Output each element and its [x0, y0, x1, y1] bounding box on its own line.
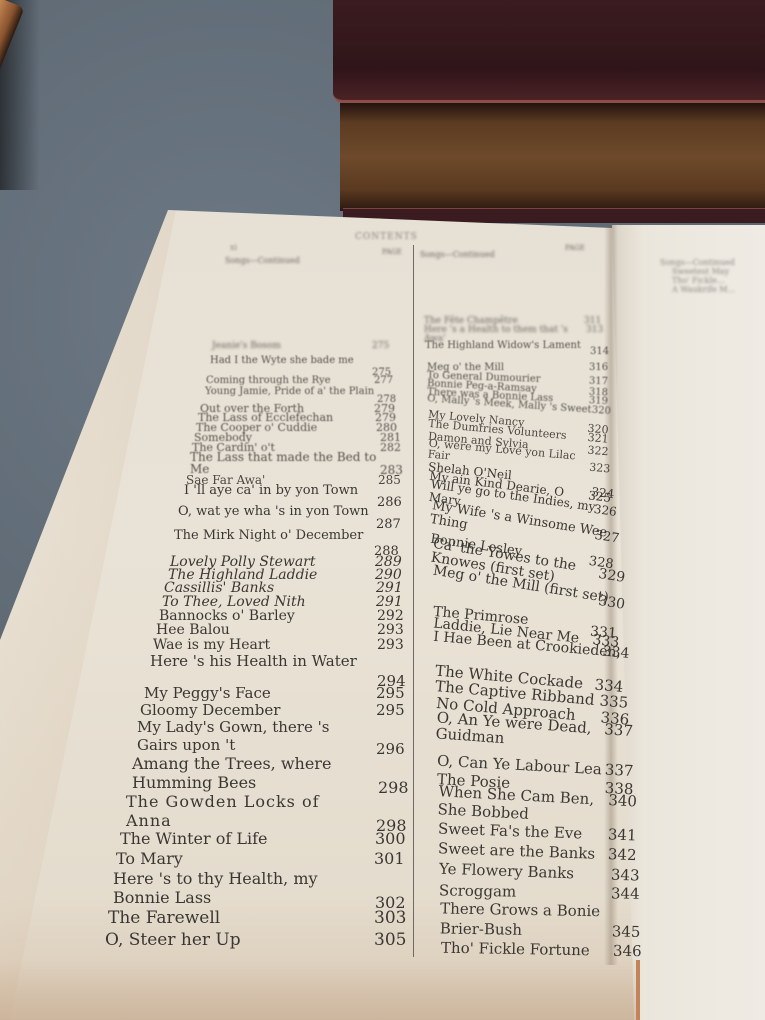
- list-item: Wae is my Heart293: [153, 637, 270, 653]
- section-label: Songs—Continued: [420, 250, 495, 259]
- right-page-line: Tho' Fickle...: [660, 276, 735, 285]
- list-item: The Farewell303: [108, 908, 220, 928]
- list-item: O, Steer her Up305: [105, 930, 241, 950]
- list-item: Gloomy December295: [140, 701, 280, 719]
- page-column-label: PAGE: [382, 248, 402, 256]
- shadow: [0, 960, 640, 1020]
- list-item: There Grows a Bonie Brier-Bush345: [440, 898, 623, 941]
- list-item: The Gowden Locks of Anna298: [126, 792, 371, 830]
- page-header: CONTENTS: [355, 232, 418, 242]
- page-edge: [636, 960, 640, 1020]
- list-item: The Mirk Night o' December288: [174, 528, 374, 543]
- right-page-line: Songs—Continued: [660, 258, 735, 267]
- list-item: The Lass that made the Bed to Me283: [190, 451, 380, 475]
- right-page-text: Songs—Continued Sweetest May Tho' Fickle…: [660, 258, 735, 294]
- list-item: O, wat ye wha 's in yon Town287: [178, 505, 374, 519]
- list-item: My Lady's Gown, there 's Gairs upon 't29…: [137, 718, 373, 754]
- list-item: To Mary301: [116, 849, 183, 868]
- list-item: Amang the Trees, where Humming Bees298: [132, 754, 372, 792]
- column-divider: [413, 245, 414, 957]
- closed-book: [325, 0, 765, 225]
- section-label: Songs—Continued: [225, 256, 300, 265]
- page-number: xi: [230, 243, 237, 252]
- list-item: The Highland Widow's Lament314: [425, 341, 585, 351]
- book-page-edges: [340, 103, 765, 211]
- list-item: Tho' Fickle Fortune346: [441, 939, 590, 960]
- list-item: Hee Balou293: [156, 622, 230, 638]
- list-item: Jeanie's Bosom275: [212, 341, 281, 351]
- list-item: Had I the Wyte she bade me275: [210, 355, 354, 366]
- list-item: I 'll aye ca' in by yon Town286: [184, 484, 374, 498]
- list-item: Here 's his Health in Water294: [150, 653, 375, 670]
- list-item: The Winter of Life300: [120, 829, 268, 848]
- list-item: Young Jamie, Pride of a' the Plain278: [205, 386, 374, 397]
- list-item: Here 's to thy Health, my Bonnie Lass302: [113, 869, 373, 907]
- right-page-line: Sweetest May: [660, 267, 735, 276]
- page-column-label: PAGE: [565, 244, 585, 252]
- book-cover: [333, 0, 765, 103]
- right-page-line: A Waukrife M...: [660, 285, 735, 294]
- list-item: My Peggy's Face295: [144, 684, 271, 702]
- list-item: Coming through the Rye277: [206, 375, 331, 386]
